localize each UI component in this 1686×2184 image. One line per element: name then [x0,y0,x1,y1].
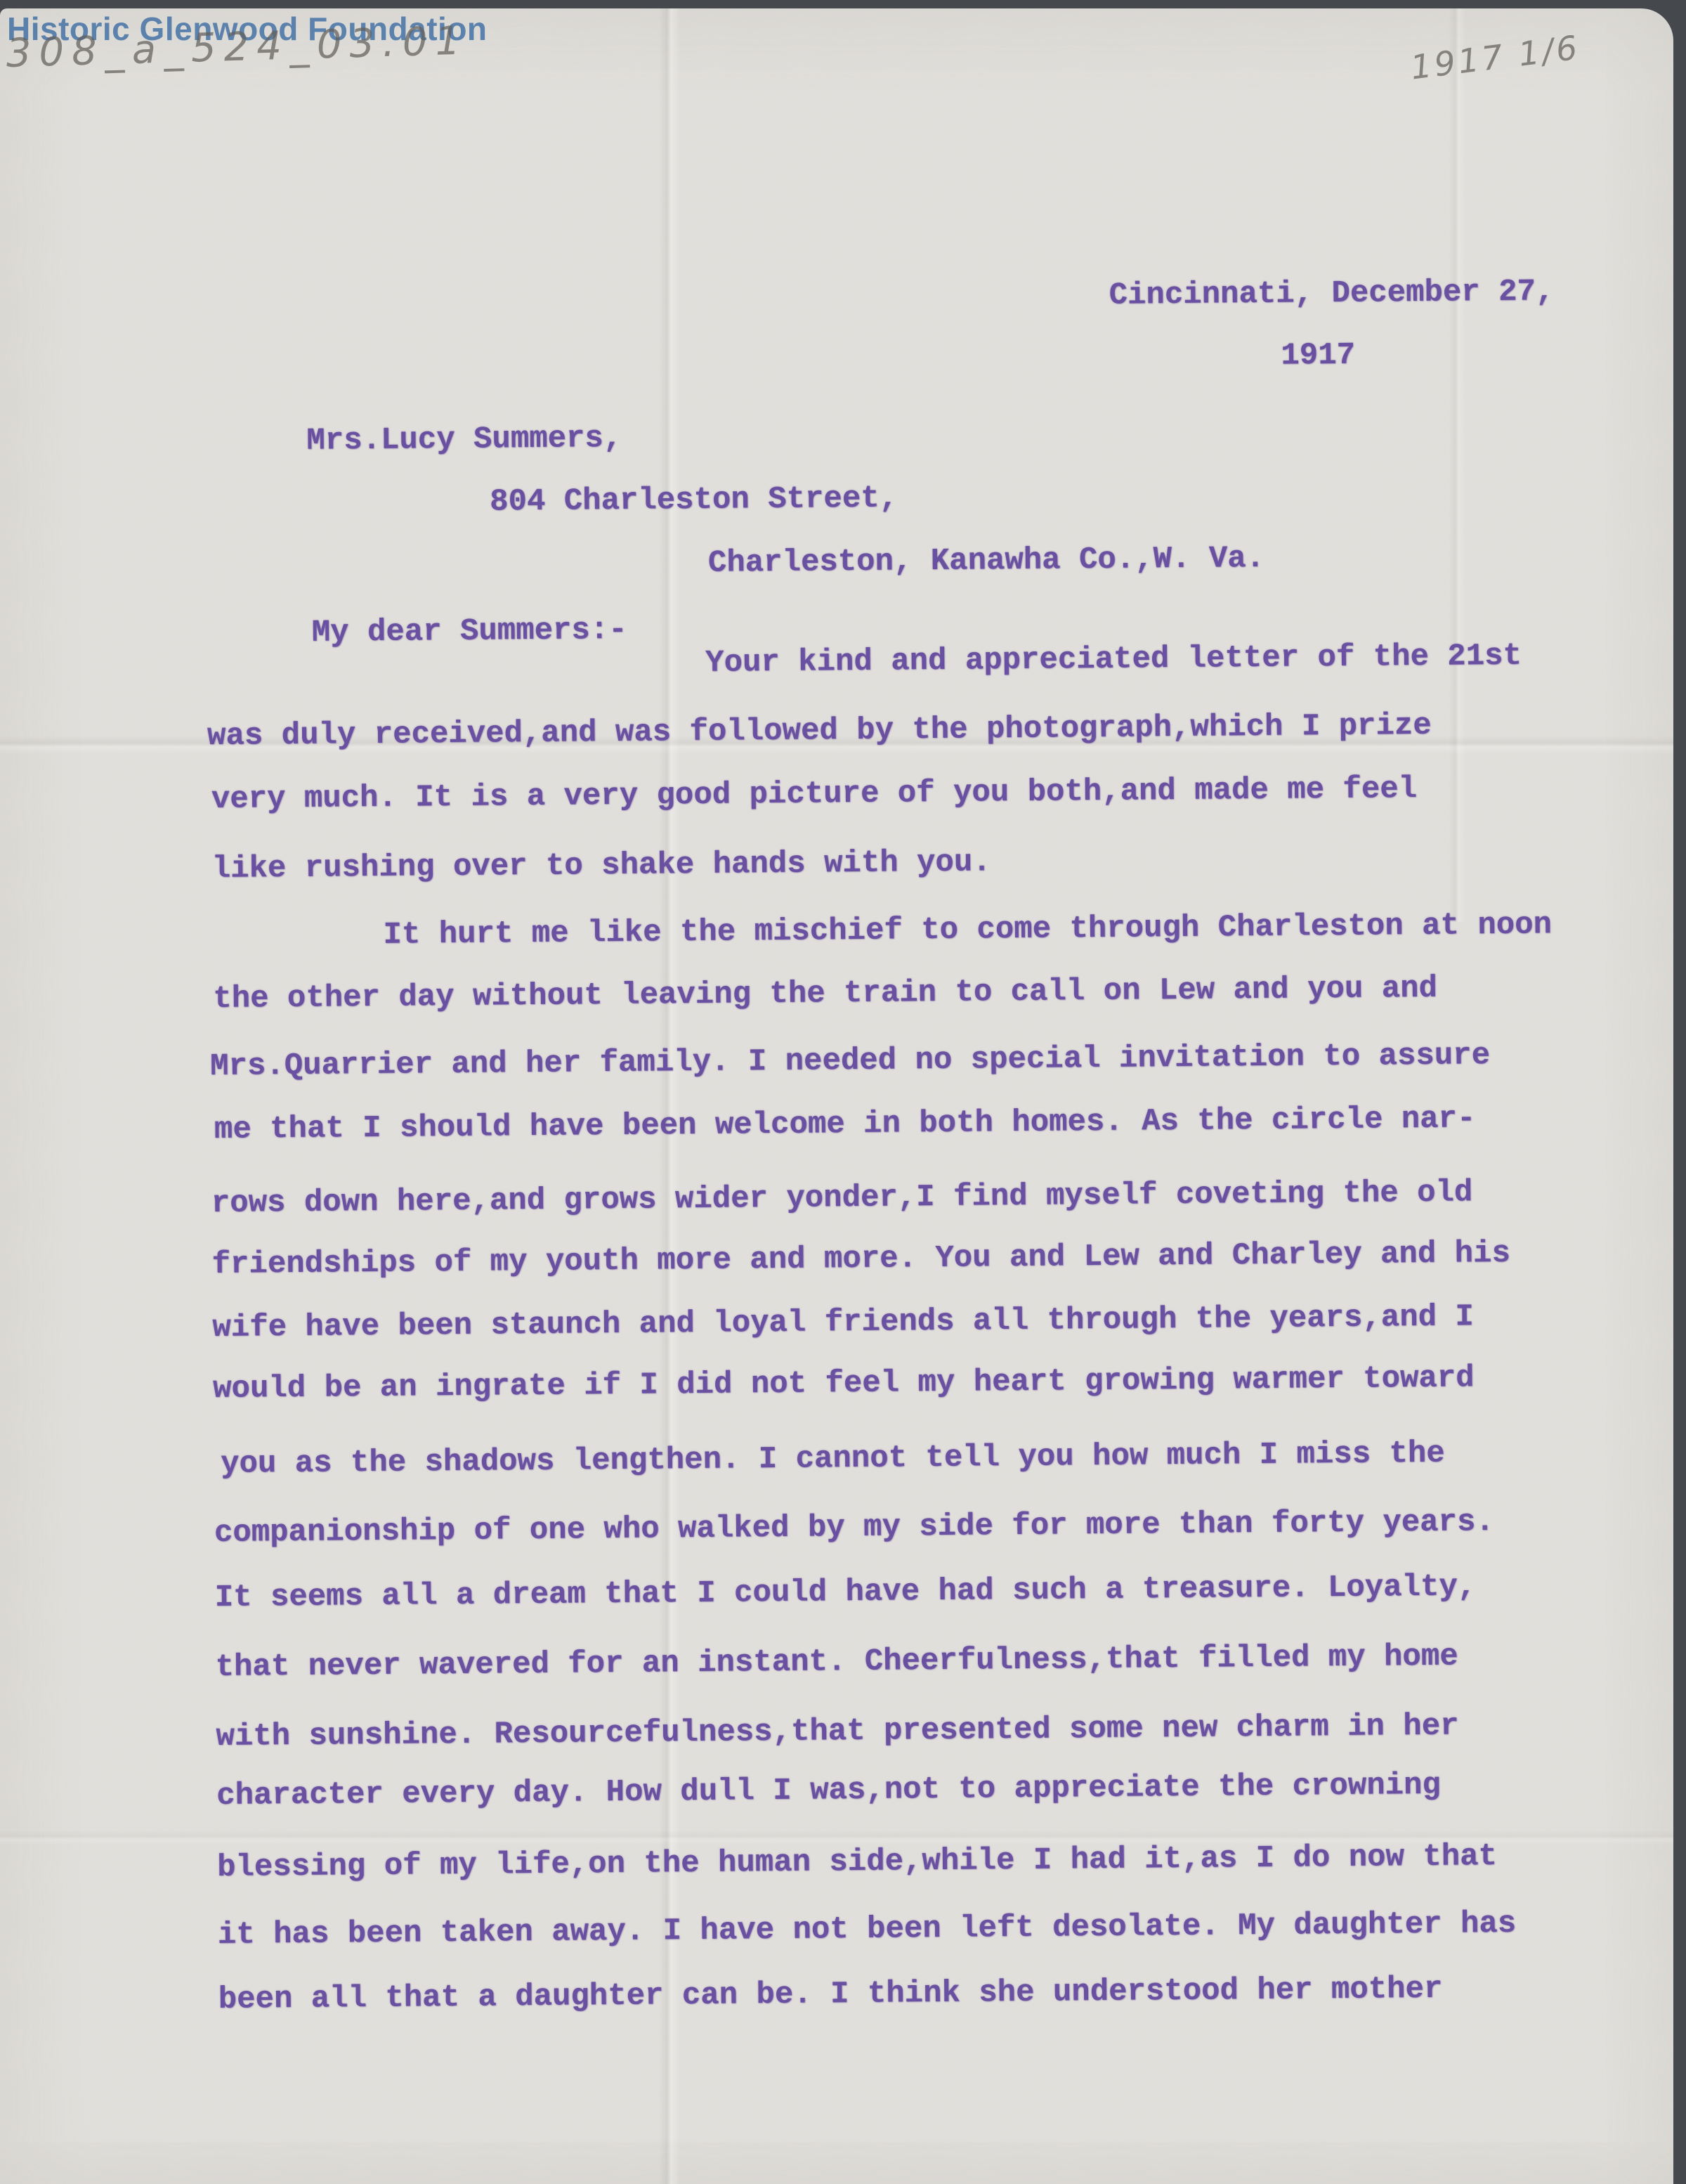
letter-line: It seems all a dream that I could have h… [215,1569,1477,1616]
letter-line: the other day without leaving the train … [213,971,1437,1017]
recipient-city: Charleston, Kanawha Co.,W. Va. [708,541,1265,581]
letter-line: that never wavered for an instant. Cheer… [215,1639,1458,1685]
letter-line: It hurt me like the mischief to come thr… [383,907,1552,953]
letter-line: Your kind and appreciated letter of the … [705,639,1522,681]
letter-line: it has been taken away. I have not been … [218,1906,1517,1953]
letter-line: companionship of one who walked by my si… [214,1504,1494,1551]
letter-line: very much. It is a very good picture of … [211,772,1418,817]
fold-crease-vertical [659,8,680,2184]
letter-line: me that I should have been welcome in bo… [214,1101,1476,1148]
letter-body: Cincinnati, December 27, 1917 Mrs.Lucy S… [0,8,1673,2184]
letter-line: wife have been staunch and loyal friends… [212,1299,1474,1346]
letter-line: was duly received,and was followed by th… [207,708,1432,754]
scanned-letter-page: { "scan": { "watermark": "Historic Glenw… [0,0,1686,2184]
letter-line: like rushing over to shake hands with yo… [212,845,991,887]
letter-line: with sunshine. Resourcefulness,that pres… [216,1709,1458,1755]
letter-line: blessing of my life,on the human side,wh… [217,1839,1497,1885]
letter-line: would be an ingrate if I did not feel my… [213,1360,1475,1407]
fold-crease-vertical [1449,8,1465,922]
letter-line: character every day. How dull I was,not … [216,1768,1441,1814]
letter-line: been all that a daughter can be. I think… [218,1972,1443,2017]
paper-texture [0,8,1673,2184]
letter-line: friendships of my youth more and more. Y… [211,1236,1510,1282]
dateline-city: Cincinnati, December 27, [1109,274,1554,313]
year-page-annotation: 1917 1/6 [1409,28,1582,87]
letter-line: you as the shadows lengthen. I cannot te… [221,1436,1445,1482]
letter-line: Mrs.Quarrier and her family. I needed no… [210,1038,1490,1084]
fold-crease-horizontal [0,1830,1673,1845]
fold-crease-horizontal [0,736,1673,754]
salutation: My dear Summers:- [312,613,627,651]
letter-page: Historic Glenwood Foundation 308_a_524_0… [0,8,1673,2184]
recipient-name: Mrs.Lucy Summers, [306,421,622,459]
letter-line: rows down here,and grows wider yonder,I … [211,1175,1473,1221]
recipient-street: 804 Charleston Street, [490,481,898,519]
dateline-year: 1917 [1281,338,1355,374]
